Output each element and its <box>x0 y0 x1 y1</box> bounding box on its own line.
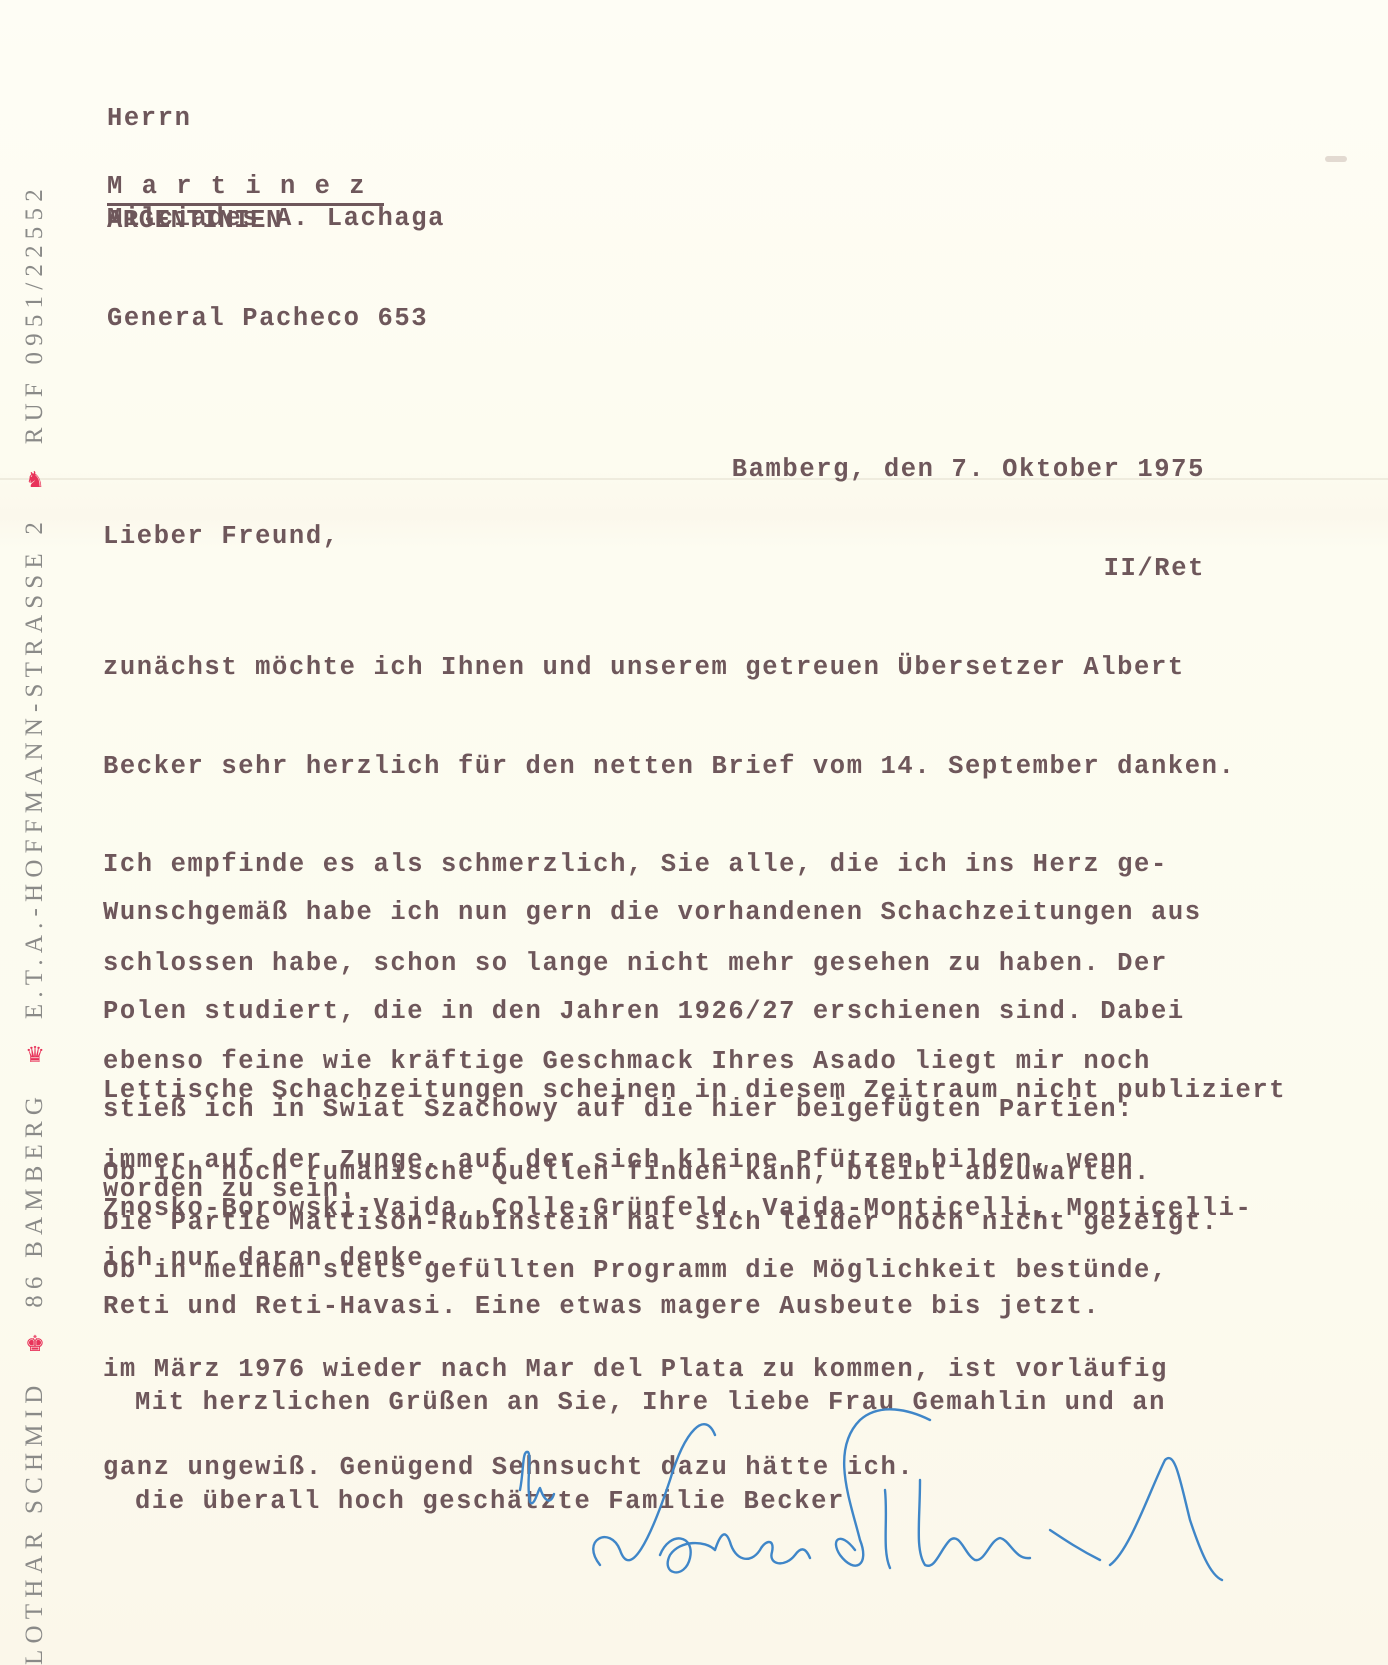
text-line: Ob in meinem stets gefüllten Programm di… <box>103 1254 1168 1287</box>
recipient-country: ARGENTINIEN <box>107 206 282 235</box>
reference-code: II/Ret <box>732 552 1205 585</box>
ink-smudge <box>1325 156 1347 162</box>
text-line: zunächst möchte ich Ihnen und unserem ge… <box>103 651 1235 684</box>
text-line: Wunschgemäß habe ich nun gern die vorhan… <box>103 896 1252 929</box>
chess-queen-icon: ♛ <box>25 1038 45 1072</box>
letterhead-street: E.T.A.-HOFFMANN-STRASSE 2 <box>18 516 52 1019</box>
salutation: Lieber Freund, <box>103 520 340 553</box>
letterhead-city: 86 BAMBERG <box>18 1091 52 1308</box>
text-line: Becker sehr herzlich für den netten Brie… <box>103 750 1235 783</box>
chess-knight-icon: ♞ <box>25 463 45 497</box>
dateline: Bamberg, den 7. Oktober 1975 II/Ret <box>732 387 1205 618</box>
chess-king-icon: ♚ <box>25 1327 45 1361</box>
recipient-title: Herrn <box>107 102 445 136</box>
letterhead-vertical: LOTHAR SCHMID ♚ 86 BAMBERG ♛ E.T.A.-HOFF… <box>18 183 52 1665</box>
handwritten-signature <box>510 1390 1250 1610</box>
letterhead-phone: RUF 0951/22552 <box>18 183 52 444</box>
letterhead-name: LOTHAR SCHMID <box>18 1380 52 1665</box>
place-date: Bamberg, den 7. Oktober 1975 <box>732 453 1205 486</box>
recipient-street: General Pacheco 653 <box>107 302 445 336</box>
recipient-city: Martinez <box>107 172 384 206</box>
